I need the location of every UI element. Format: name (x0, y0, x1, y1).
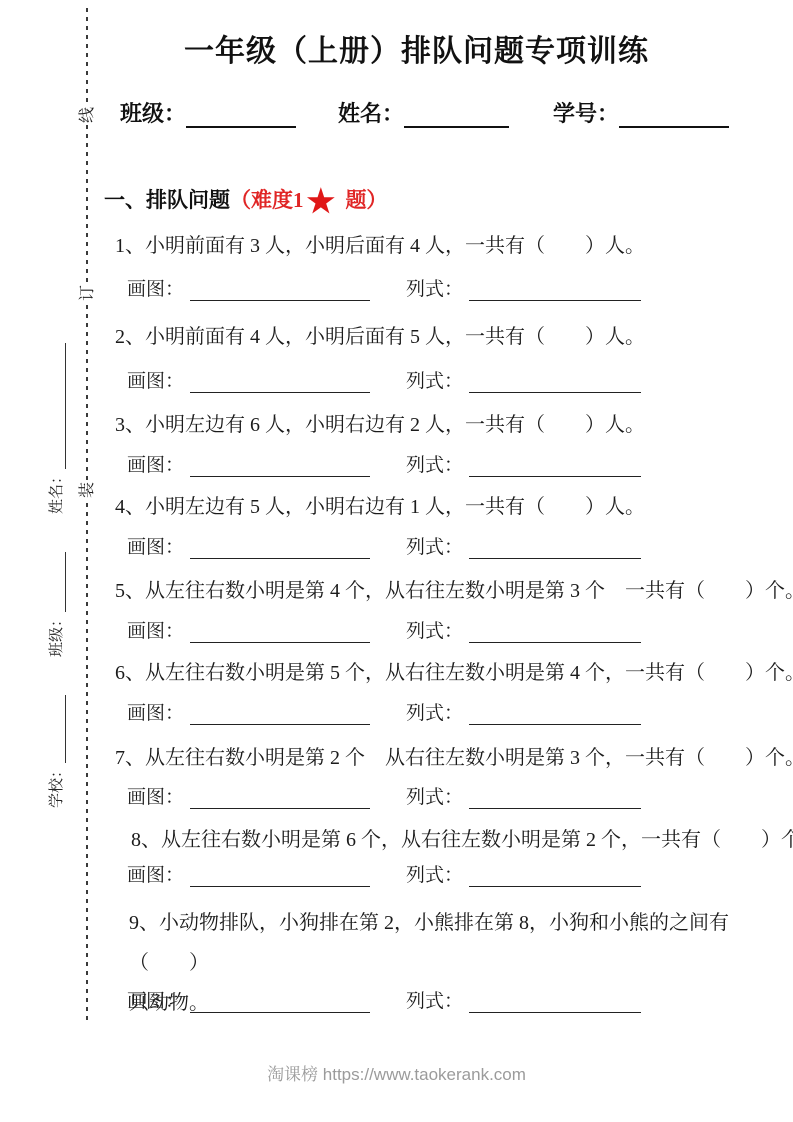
problem-3: 3、小明左边有 6 人，小明右边有 2 人，一共有（ ）人。 (115, 408, 645, 437)
margin-name-blank (48, 343, 66, 469)
name-blank (404, 102, 509, 128)
margin-class-label: 班级： (45, 612, 66, 657)
draw-blank (190, 537, 370, 559)
name-label: 姓名： (338, 97, 404, 128)
binding-dotted-line (86, 8, 88, 1022)
formula-label: 列式： (406, 698, 463, 725)
section-heading: 一、排队问题（难度1★ 题） (104, 184, 387, 217)
draw-label: 画图： (127, 986, 184, 1013)
problem-6: 6、从左往右数小明是第 5 个，从右往左数小明是第 4 个，一共有（ ）个。 (115, 656, 793, 685)
formula-label: 列式： (406, 782, 463, 809)
draw-label: 画图： (127, 274, 184, 301)
red-star-icon: ★ (307, 183, 336, 219)
student-info-row: 班级： 姓名： 学号： (120, 97, 729, 128)
problem-text: 小明前面有 4 人，小明后面有 5 人，一共有（ ）人。 (145, 326, 645, 348)
formula-blank (469, 371, 641, 393)
draw-label: 画图： (127, 616, 184, 643)
class-blank (186, 102, 296, 128)
draw-label: 画图： (127, 366, 184, 393)
work-row-4: 画图： 列式： (127, 532, 641, 559)
work-row-8: 画图： 列式： (127, 860, 641, 887)
work-row-1: 画图： 列式： (127, 274, 641, 301)
section-difficulty-open: （难度1 (230, 188, 304, 212)
problem-number: 9、 (129, 912, 159, 934)
problem-8: 8、从左往右数小明是第 6 个，从右往左数小明是第 2 个，一共有（ ）个。 (131, 823, 793, 852)
problem-text: 小明左边有 6 人，小明右边有 2 人，一共有（ ）人。 (145, 414, 645, 436)
margin-school-blank (48, 695, 66, 763)
formula-blank (469, 279, 641, 301)
binding-char-xian: 线 (76, 105, 100, 125)
problem-number: 6、 (115, 662, 145, 684)
problem-text: 小明前面有 3 人，小明后面有 4 人，一共有（ ）人。 (145, 235, 645, 257)
binding-margin-labels: 学校： 班级： 姓名： (44, 268, 66, 808)
problem-4: 4、小明左边有 5 人，小明右边有 1 人，一共有（ ）人。 (115, 490, 645, 519)
work-row-7: 画图： 列式： (127, 782, 641, 809)
problem-number: 7、 (115, 747, 145, 769)
problem-text: 小明左边有 5 人，小明右边有 1 人，一共有（ ）人。 (145, 496, 645, 518)
problem-number: 5、 (115, 580, 145, 602)
draw-blank (190, 621, 370, 643)
problem-2: 2、小明前面有 4 人，小明后面有 5 人，一共有（ ）人。 (115, 320, 645, 349)
draw-label: 画图： (127, 532, 184, 559)
work-row-5: 画图： 列式： (127, 616, 641, 643)
formula-label: 列式： (406, 986, 463, 1013)
problem-number: 2、 (115, 326, 145, 348)
formula-blank (469, 865, 641, 887)
draw-blank (190, 279, 370, 301)
margin-school-label: 学校： (45, 763, 66, 808)
formula-label: 列式： (406, 274, 463, 301)
student-id-label: 学号： (553, 97, 619, 128)
draw-label: 画图： (127, 698, 184, 725)
binding-char-zhuang: 装 (76, 480, 100, 500)
formula-label: 列式： (406, 366, 463, 393)
draw-blank (190, 787, 370, 809)
draw-blank (190, 991, 370, 1013)
problem-number: 3、 (115, 414, 145, 436)
work-row-3: 画图： 列式： (127, 450, 641, 477)
worksheet-page: 线 订 装 学校： 班级： 姓名： 一年级（上册）排队问题专项训练 班级： 姓名… (0, 0, 793, 1122)
work-row-6: 画图： 列式： (127, 698, 641, 725)
problem-number: 8、 (131, 829, 161, 851)
margin-name-label: 姓名： (45, 469, 66, 514)
draw-blank (190, 371, 370, 393)
problem-text: 小动物排队，小狗排在第 2，小熊排在第 8，小狗和小熊的之间有（ ） (129, 912, 729, 974)
work-row-9: 画图： 列式： (127, 986, 641, 1013)
work-row-2: 画图： 列式： (127, 366, 641, 393)
footer-site-text: 淘课榜 https://www.taokerank.com (0, 1060, 793, 1085)
formula-blank (469, 621, 641, 643)
draw-blank (190, 865, 370, 887)
formula-label: 列式： (406, 450, 463, 477)
formula-blank (469, 537, 641, 559)
problem-text: 从左往右数小明是第 4 个，从右往左数小明是第 3 个 一共有（ ）个。 (145, 580, 793, 602)
formula-label: 列式： (406, 532, 463, 559)
problem-5: 5、从左往右数小明是第 4 个，从右往左数小明是第 3 个 一共有（ ）个。 (115, 574, 793, 603)
problem-text: 从左往右数小明是第 5 个，从右往左数小明是第 4 个，一共有（ ）个。 (145, 662, 793, 684)
formula-label: 列式： (406, 616, 463, 643)
binding-char-ding: 订 (76, 283, 100, 303)
section-heading-black: 一、排队问题 (104, 188, 230, 212)
problem-7: 7、从左往右数小明是第 2 个 从右往左数小明是第 3 个，一共有（ ）个。 (115, 741, 793, 770)
problem-1: 1、小明前面有 3 人，小明后面有 4 人，一共有（ ）人。 (115, 229, 645, 258)
section-difficulty-close: 题） (340, 188, 387, 212)
problem-number: 4、 (115, 496, 145, 518)
formula-blank (469, 455, 641, 477)
student-id-blank (619, 102, 729, 128)
class-label: 班级： (120, 97, 186, 128)
formula-blank (469, 991, 641, 1013)
problem-text: 从左往右数小明是第 2 个 从右往左数小明是第 3 个，一共有（ ）个。 (145, 747, 793, 769)
formula-label: 列式： (406, 860, 463, 887)
page-title: 一年级（上册）排队问题专项训练 (60, 26, 773, 70)
draw-label: 画图： (127, 450, 184, 477)
formula-blank (469, 703, 641, 725)
draw-blank (190, 703, 370, 725)
draw-label: 画图： (127, 860, 184, 887)
draw-label: 画图： (127, 782, 184, 809)
problem-text: 从左往右数小明是第 6 个，从右往左数小明是第 2 个，一共有（ ）个。 (161, 829, 793, 851)
draw-blank (190, 455, 370, 477)
formula-blank (469, 787, 641, 809)
margin-class-blank (48, 552, 66, 612)
problem-number: 1、 (115, 235, 145, 257)
